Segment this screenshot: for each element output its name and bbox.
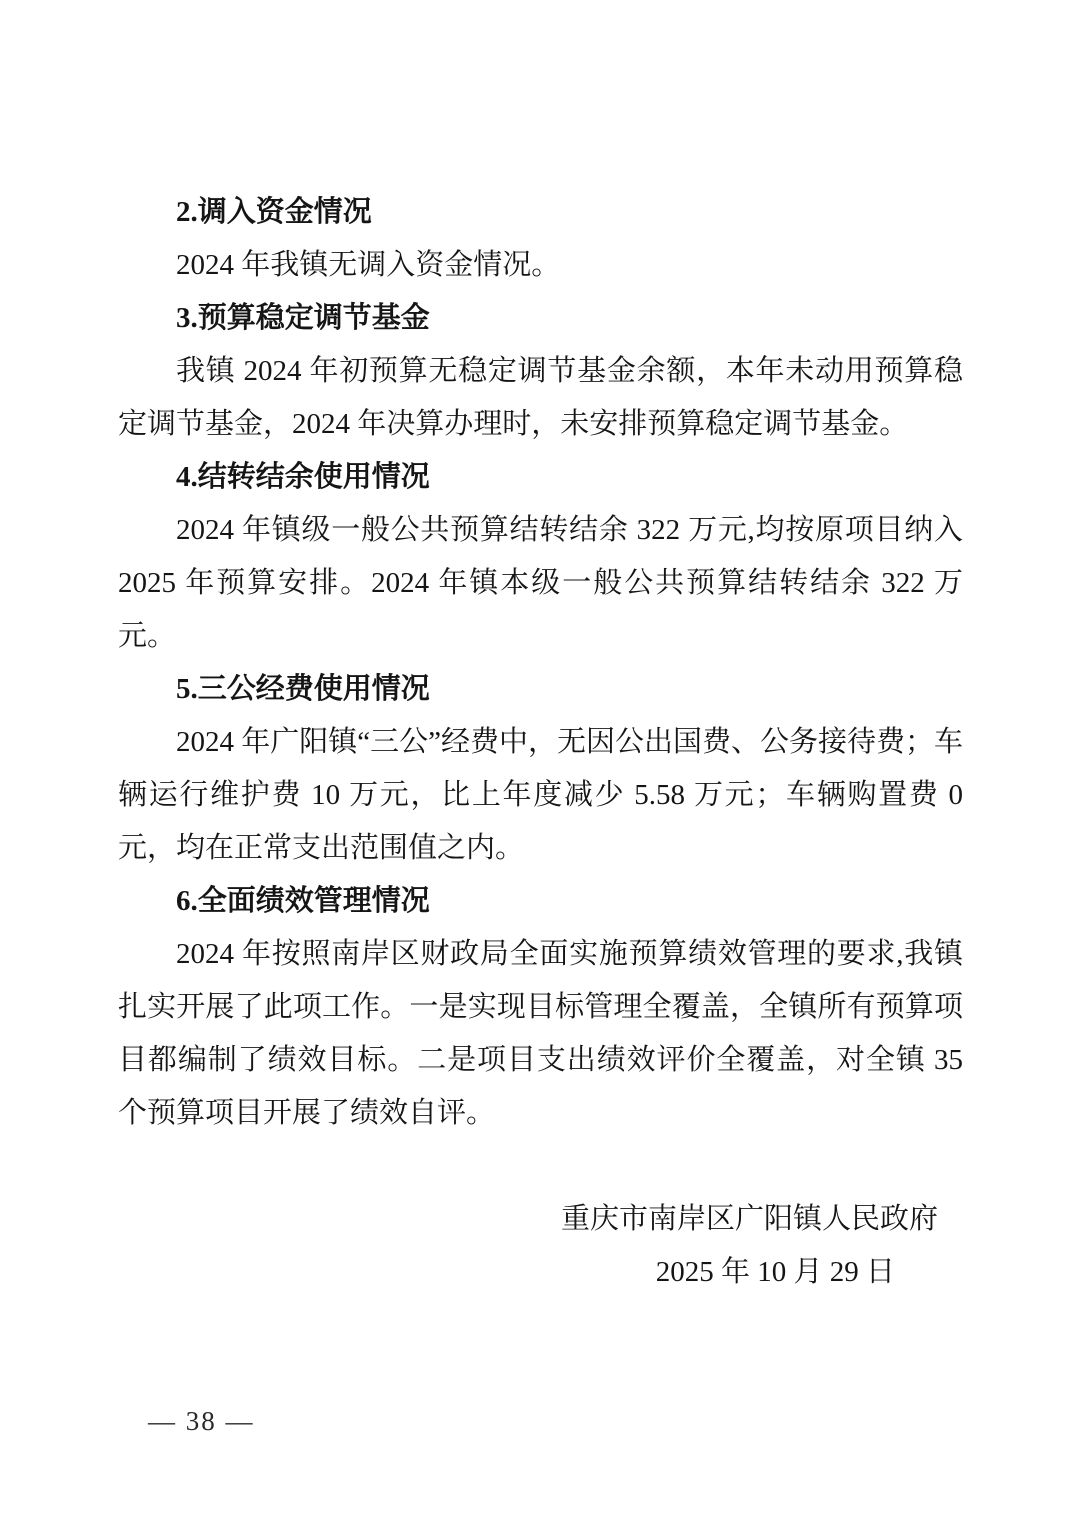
- section-5-paragraph: 2024 年广阳镇“三公”经费中，无因公出国费、公务接待费；车辆运行维护费 10…: [118, 716, 963, 875]
- section-heading-3: 3.预算稳定调节基金: [118, 292, 963, 345]
- section-2-paragraph: 2024 年我镇无调入资金情况。: [118, 239, 963, 292]
- section-6-paragraph: 2024 年按照南岸区财政局全面实施预算绩效管理的要求,我镇扎实开展了此项工作。…: [118, 928, 963, 1140]
- section-heading-5: 5.三公经费使用情况: [118, 663, 963, 716]
- signature-issuer: 重庆市南岸区广阳镇人民政府: [118, 1193, 963, 1246]
- section-heading-2: 2.调入资金情况: [118, 186, 963, 239]
- section-4-paragraph: 2024 年镇级一般公共预算结转结余 322 万元,均按原项目纳入 2025 年…: [118, 504, 963, 663]
- signature-date: 2025 年 10 月 29 日: [118, 1246, 963, 1299]
- section-heading-6: 6.全面绩效管理情况: [118, 875, 963, 928]
- page-number: — 38 —: [148, 1404, 255, 1438]
- document-page: 2.调入资金情况 2024 年我镇无调入资金情况。 3.预算稳定调节基金 我镇 …: [0, 0, 1074, 1520]
- section-heading-4: 4.结转结余使用情况: [118, 451, 963, 504]
- section-3-paragraph: 我镇 2024 年初预算无稳定调节基金余额，本年未动用预算稳定调节基金，2024…: [118, 345, 963, 451]
- document-body: 2.调入资金情况 2024 年我镇无调入资金情况。 3.预算稳定调节基金 我镇 …: [118, 186, 963, 1299]
